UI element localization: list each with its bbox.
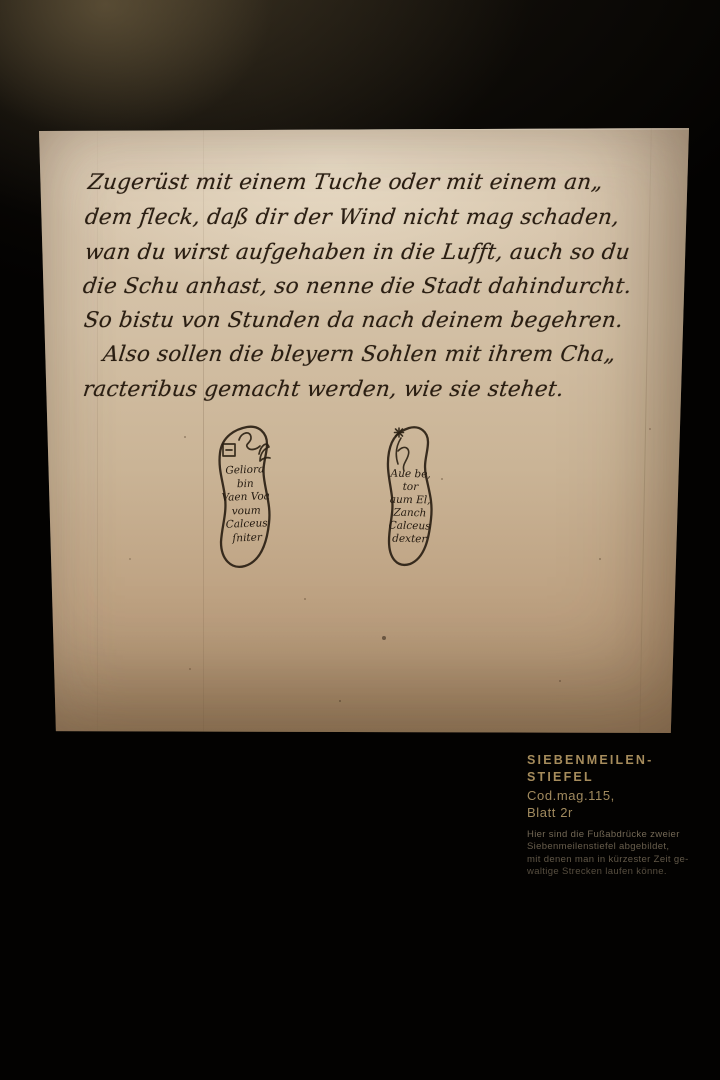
caption-description-line: waltige Strecken laufen könne. bbox=[527, 866, 697, 878]
manuscript-line: die Schu anhast, so nenne die Stadt dahi… bbox=[81, 274, 633, 299]
right-sole-text-line: tor bbox=[384, 480, 436, 494]
caption-description-line: mit denen man in kürzester Zeit ge- bbox=[527, 854, 697, 866]
right-sole-text-line: aum El, bbox=[384, 493, 436, 507]
right-sole-text-line: Calceus bbox=[383, 519, 435, 533]
exhibit-caption: SIEBENMEILEN- STIEFEL Cod.mag.115, Blatt… bbox=[527, 752, 697, 879]
manuscript-line: Zugerüst mit einem Tuche oder mit einem … bbox=[86, 170, 604, 195]
manuscript-line: racteribus gemacht werden, wie sie stehe… bbox=[81, 377, 565, 402]
left-sole-text-line: ſniter bbox=[218, 530, 276, 546]
right-sole-text-line: Zanch bbox=[384, 506, 436, 520]
manuscript-line: wan du wirst aufgehaben in die Lufft, au… bbox=[83, 240, 631, 265]
right-sole-text: Aue be, tor aum El, Zanch Calceus dexter bbox=[383, 467, 437, 546]
manuscript-line: Also sollen die bleyern Sohlen mit ihrem… bbox=[101, 342, 617, 367]
exhibit-photo: Zugerüst mit einem Tuche oder mit einem … bbox=[0, 0, 720, 1080]
manuscript-line: So bistu von Stunden da nach deinem bege… bbox=[82, 308, 624, 333]
caption-description-line: Siebenmeilenstiefel abgebildet, bbox=[527, 841, 697, 853]
caption-title-line: SIEBENMEILEN- bbox=[527, 752, 697, 769]
starred-h-sigil-icon bbox=[395, 428, 409, 471]
right-sole-text-line: dexter bbox=[383, 532, 435, 546]
left-sole-text-line: Calceus bbox=[217, 517, 275, 533]
caption-description-line: Hier sind die Fußabdrücke zweier bbox=[527, 829, 697, 841]
left-sole-text: Geliora bin Vaen Voa voum Calceus ſniter bbox=[216, 463, 277, 546]
caption-subtitle-line: Blatt 2r bbox=[527, 805, 697, 822]
page-crease bbox=[639, 128, 652, 733]
caption-title-line: STIEFEL bbox=[527, 769, 697, 786]
manuscript-line: dem fleck, daß dir der Wind nicht mag sc… bbox=[83, 205, 620, 230]
square-flag-sigil-icon bbox=[223, 433, 270, 461]
caption-description: Hier sind die Fußabdrücke zweier Siebenm… bbox=[527, 829, 697, 879]
left-sole-text-line: Vaen Voa bbox=[217, 490, 275, 506]
right-sole-text-line: Aue be, bbox=[385, 467, 437, 481]
caption-subtitle-line: Cod.mag.115, bbox=[527, 788, 697, 805]
